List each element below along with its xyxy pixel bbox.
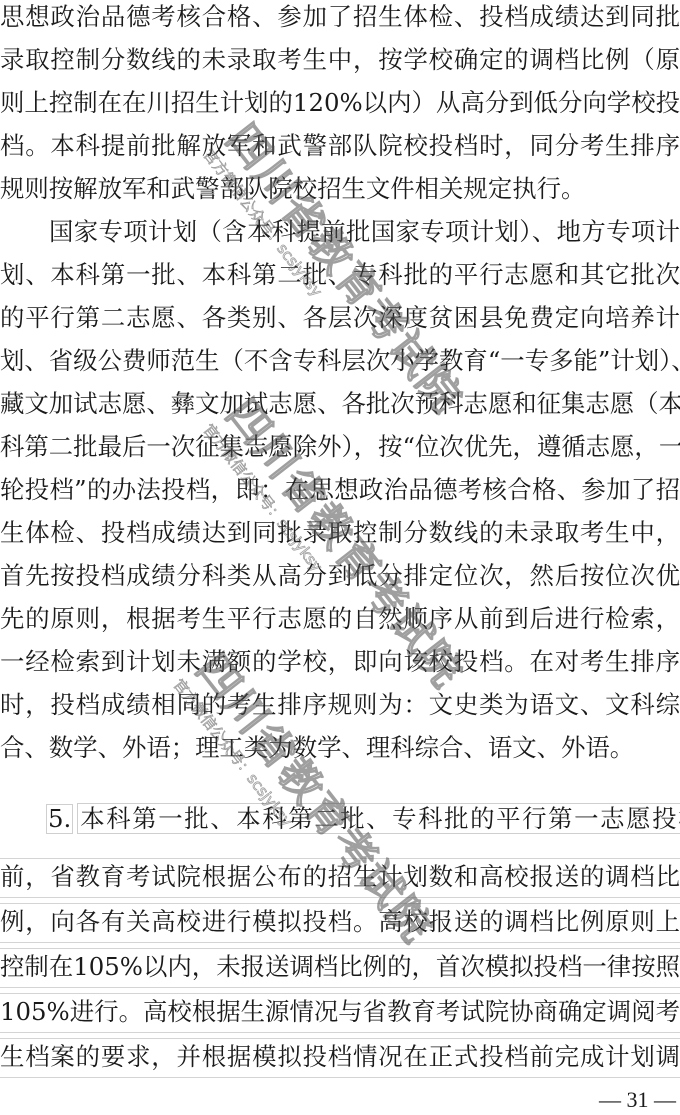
text-line: 首先按投档成绩分科类从高分到低分排定位次，然后按位次优 bbox=[0, 561, 680, 591]
text-line: 科第二批最后一次征集志愿除外），按“位次优先，遵循志愿，一 bbox=[0, 432, 680, 462]
text-line: 则上控制在在川招生计划的120%以内）从高分到低分向学校投 bbox=[0, 88, 680, 118]
text-line: 时，投档成绩相同的考生排序规则为：文史类为语文、文科综 bbox=[0, 690, 680, 720]
text-line: 划、省级公费师范生（不含专科层次小学教育“一专多能”计划）、 bbox=[0, 346, 680, 376]
text-line: 先的原则，根据考生平行志愿的自然顺序从前到后进行检索， bbox=[0, 604, 680, 634]
text-line: 生档案的要求，并根据模拟投档情况在正式投档前完成计划调 bbox=[0, 1042, 680, 1072]
text-line: 录取控制分数线的未录取考生中，按学校确定的调档比例（原 bbox=[0, 45, 680, 75]
text-line: 一经检索到计划未满额的学校，即向该校投档。在对考生排序 bbox=[0, 647, 680, 677]
text-line: 档。本科提前批解放军和武警部队院校投档时，同分考生排序 bbox=[0, 131, 680, 161]
item-5-first-line: 5.本科第一批、本科第二批、专科批的平行第一志愿投档 bbox=[0, 804, 680, 834]
page-number: — 31 — bbox=[599, 1088, 676, 1112]
text-line: 藏文加试志愿、彝文加试志愿、各批次预科志愿和征集志愿（本 bbox=[0, 389, 680, 419]
text-line: 例，向各有关高校进行模拟投档。高校报送的调档比例原则上 bbox=[0, 907, 680, 937]
text-line: 规则按解放军和武警部队院校招生文件相关规定执行。 bbox=[0, 174, 680, 204]
item-number: 5. bbox=[46, 804, 73, 834]
text-line: 前，省教育考试院根据公布的招生计划数和高校报送的调档比 bbox=[0, 862, 680, 892]
text-line: 生体检、投档成绩达到同批录取控制分数线的未录取考生中， bbox=[0, 518, 680, 548]
item-5-heading-text: 本科第一批、本科第二批、专科批的平行第一志愿投档 bbox=[77, 803, 680, 834]
text-line: 105%进行。高校根据生源情况与省教育考试院协商确定调阅考 bbox=[0, 997, 680, 1027]
document-page: 思想政治品德考核合格、参加了招生体检、投档成绩达到同批 录取控制分数线的未录取考… bbox=[0, 0, 680, 1115]
text-line: 轮投档”的办法投档，即：在思想政治品德考核合格、参加了招 bbox=[0, 475, 680, 505]
text-line: 思想政治品德考核合格、参加了招生体检、投档成绩达到同批 bbox=[0, 2, 680, 32]
text-line: 合、数学、外语；理工类为数学、理科综合、语文、外语。 bbox=[0, 733, 680, 763]
text-line: 的平行第二志愿、各类别、各层次深度贫困县免费定向培养计 bbox=[0, 303, 680, 333]
text-line: 控制在105%以内，未报送调档比例的，首次模拟投档一律按照 bbox=[0, 952, 680, 982]
text-line: 划、本科第一批、本科第二批、专科批的平行志愿和其它批次 bbox=[0, 260, 680, 290]
paragraph-first-line: 国家专项计划（含本科提前批国家专项计划）、地方专项计 bbox=[0, 217, 680, 247]
